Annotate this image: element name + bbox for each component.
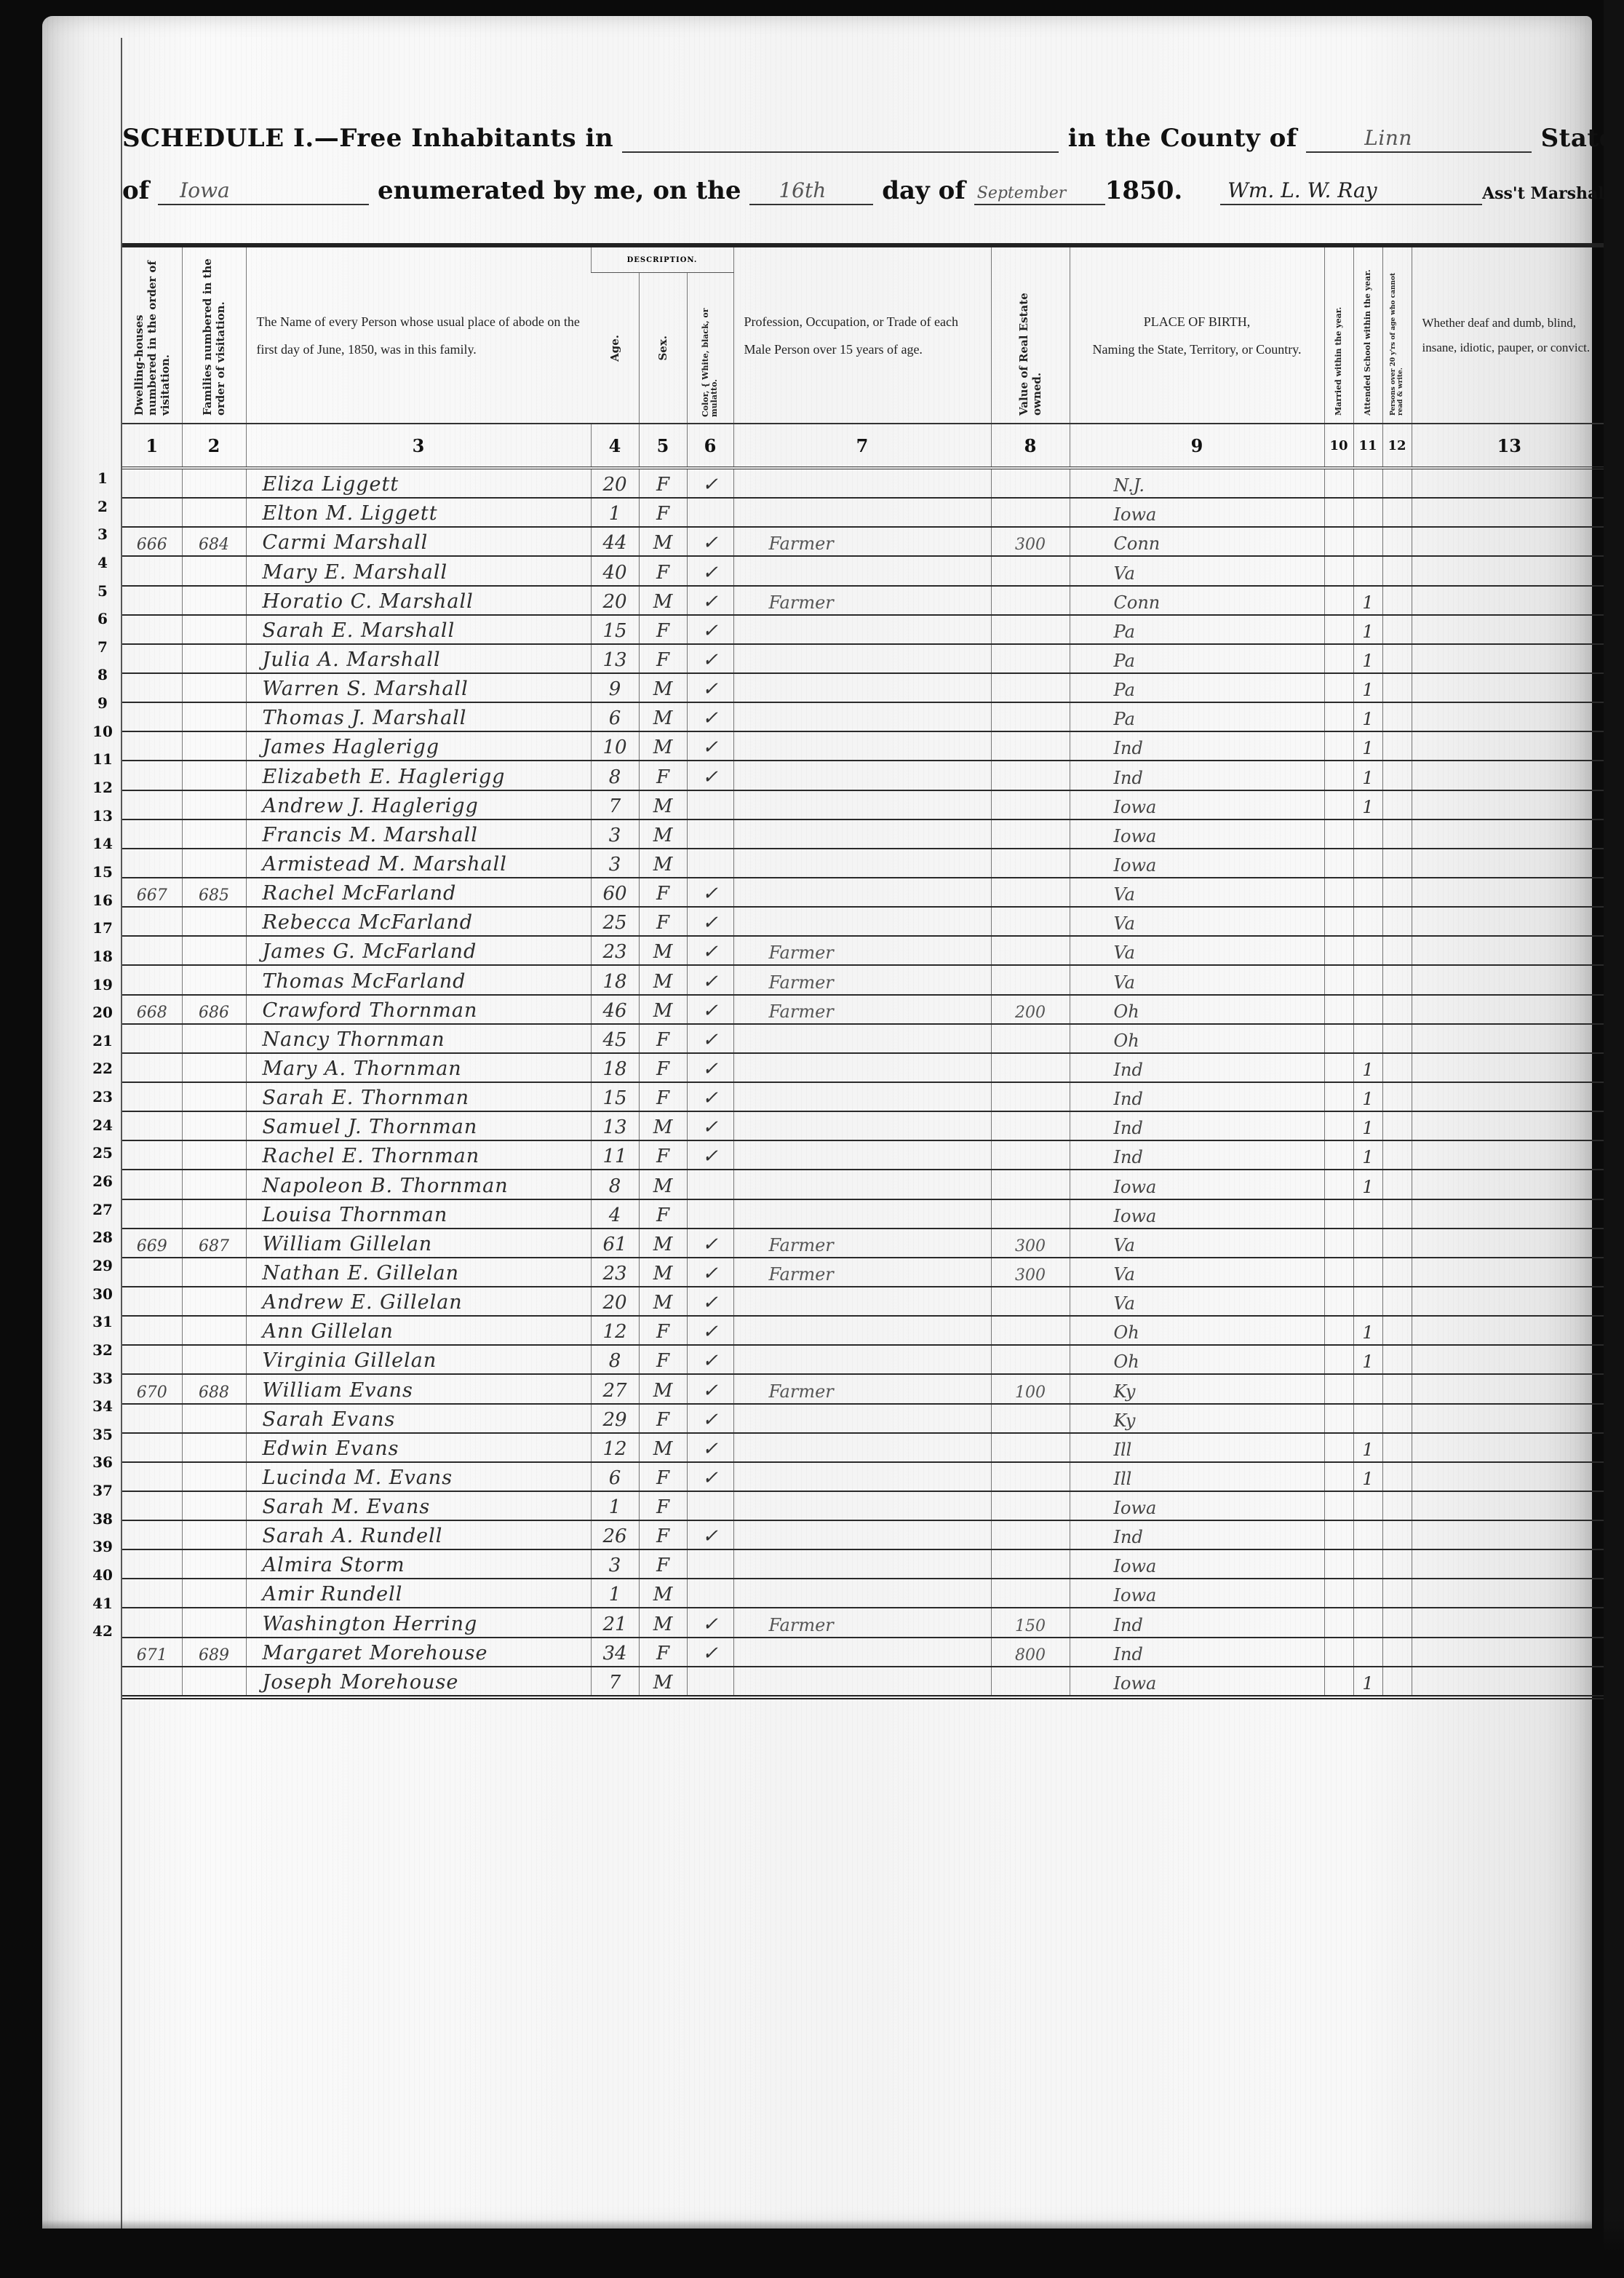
person-name: Mary A. Thornman [246,1053,591,1082]
sex: F [639,1316,687,1345]
birthplace: Ind [1070,1082,1324,1111]
attended-school [1353,819,1382,849]
condition [1412,1140,1607,1170]
line-number: 27 [84,1193,121,1221]
condition [1412,965,1607,994]
line-number: 25 [84,1136,121,1164]
person-name: Louisa Thornman [246,1199,591,1229]
occupation [733,1462,991,1491]
birthplace: Iowa [1070,1579,1324,1608]
family-number [182,1433,246,1462]
condition [1412,1608,1607,1637]
table-row: Horatio C. Marshall20M✓FarmerConn1 [122,586,1607,615]
real-estate-value: 300 [991,1258,1070,1287]
condition [1412,1462,1607,1491]
color-mark: ✓ [687,1140,733,1170]
condition [1412,468,1607,498]
person-name: James Haglerigg [246,731,591,761]
person-name: Rebecca McFarland [246,907,591,936]
attended-school [1353,1374,1382,1403]
age: 27 [591,1374,639,1403]
color-mark: ✓ [687,586,733,615]
condition [1412,1287,1607,1316]
cannot-read-write [1382,468,1412,498]
real-estate-value [991,1433,1070,1462]
birthplace-title: PLACE OF BIRTH, [1080,308,1314,336]
table-row: Joseph Morehouse7MIowa1 [122,1667,1607,1697]
sex: F [639,1404,687,1433]
sex: F [639,1140,687,1170]
married-within-year [1324,1404,1353,1433]
line-number: 24 [84,1108,121,1137]
cannot-read-write [1382,1316,1412,1345]
table-row: Nancy Thornman45F✓Oh [122,1024,1607,1053]
color-mark: ✓ [687,1258,733,1287]
table-row: Francis M. Marshall3MIowa [122,819,1607,849]
married-within-year [1324,1608,1353,1637]
birthplace: Iowa [1070,790,1324,819]
person-name: Sarah Evans [246,1404,591,1433]
line-number: 9 [84,686,121,715]
attended-school: 1 [1353,761,1382,790]
married-within-year [1324,1520,1353,1549]
condition [1412,1374,1607,1403]
birthplace: Va [1070,965,1324,994]
dwelling-number [122,965,182,994]
sex: F [639,1053,687,1082]
color-mark: ✓ [687,995,733,1024]
dwelling-number: 670 [122,1374,182,1403]
line-number: 30 [84,1277,121,1306]
person-name: Elton M. Liggett [246,498,591,527]
occupation [733,819,991,849]
color-mark: ✓ [687,1462,733,1491]
age: 60 [591,878,639,907]
person-name: Carmi Marshall [246,527,591,556]
family-number [182,1549,246,1579]
table-row: Sarah E. Thornman15F✓Ind1 [122,1082,1607,1111]
table-row: 670688William Evans27M✓Farmer100Ky [122,1374,1607,1403]
person-name: William Gillelan [246,1229,591,1258]
sex: F [639,468,687,498]
colnum: 9 [1070,424,1324,468]
age: 44 [591,527,639,556]
birthplace: Pa [1070,644,1324,673]
sex: M [639,586,687,615]
condition [1412,702,1607,731]
age: 25 [591,907,639,936]
table-row: Sarah A. Rundell26F✓Ind [122,1520,1607,1549]
sex: M [639,1667,687,1697]
family-number [182,644,246,673]
occupation [733,1024,991,1053]
person-name: Sarah A. Rundell [246,1520,591,1549]
age: 3 [591,849,639,878]
dwelling-number [122,1608,182,1637]
attended-school [1353,1258,1382,1287]
header-sex: Sex. [639,273,687,424]
header-name: The Name of every Person whose usual pla… [246,245,591,424]
occupation: Farmer [733,965,991,994]
scan-right-edge [1604,0,1624,2278]
occupation [733,1404,991,1433]
attended-school [1353,965,1382,994]
line-number: 37 [84,1474,121,1502]
person-name: Horatio C. Marshall [246,586,591,615]
birthplace: Va [1070,1287,1324,1316]
color-mark: ✓ [687,1638,733,1667]
census-page: SCHEDULE I.—Free Inhabitants in in the C… [42,16,1592,2229]
sex: M [639,1374,687,1403]
occupation [733,1287,991,1316]
married-within-year [1324,556,1353,585]
table-row: Julia A. Marshall13F✓Pa1 [122,644,1607,673]
real-estate-value [991,1199,1070,1229]
birthplace: Va [1070,878,1324,907]
line-number: 26 [84,1164,121,1193]
family-number: 685 [182,878,246,907]
occupation [733,1082,991,1111]
occupation: Farmer [733,1258,991,1287]
condition [1412,819,1607,849]
family-number [182,1667,246,1697]
family-number: 687 [182,1229,246,1258]
color-mark: ✓ [687,673,733,702]
attended-school [1353,995,1382,1024]
month-value: September [977,184,1067,202]
table-row: Armistead M. Marshall3MIowa [122,849,1607,878]
real-estate-value [991,702,1070,731]
attended-school: 1 [1353,1170,1382,1199]
sex: F [639,1199,687,1229]
occupation [733,761,991,790]
family-number [182,1345,246,1374]
color-mark: ✓ [687,1229,733,1258]
table-row: Mary E. Marshall40F✓Va [122,556,1607,585]
person-name: Napoleon B. Thornman [246,1170,591,1199]
cannot-read-write [1382,1287,1412,1316]
day-of-label: day of [882,176,966,205]
dwelling-number: 666 [122,527,182,556]
attended-school [1353,498,1382,527]
real-estate-value [991,615,1070,644]
person-name: Francis M. Marshall [246,819,591,849]
sex: M [639,790,687,819]
married-within-year [1324,1374,1353,1403]
table-row: Rachel E. Thornman11F✓Ind1 [122,1140,1607,1170]
county-label: in the County of [1068,124,1297,153]
age: 3 [591,819,639,849]
condition [1412,790,1607,819]
line-number: 4 [84,546,121,574]
person-name: Warren S. Marshall [246,673,591,702]
birthplace: Ind [1070,1520,1324,1549]
attended-school: 1 [1353,644,1382,673]
person-name: Eliza Liggett [246,468,591,498]
colnum: 5 [639,424,687,468]
condition [1412,1667,1607,1697]
married-within-year [1324,1287,1353,1316]
occupation [733,1638,991,1667]
dwelling-number [122,1549,182,1579]
color-mark: ✓ [687,644,733,673]
married-within-year [1324,995,1353,1024]
cannot-read-write [1382,1491,1412,1520]
family-number [182,761,246,790]
sex: M [639,965,687,994]
person-name: Virginia Gillelan [246,1345,591,1374]
sex: F [639,761,687,790]
birthplace: Iowa [1070,1667,1324,1697]
condition [1412,615,1607,644]
married-within-year [1324,965,1353,994]
colnum: 6 [687,424,733,468]
married-within-year [1324,936,1353,965]
birthplace: Ind [1070,1111,1324,1140]
condition [1412,761,1607,790]
dwelling-number [122,1170,182,1199]
real-estate-value [991,1053,1070,1082]
table-row: Sarah E. Marshall15F✓Pa1 [122,615,1607,644]
sex: M [639,673,687,702]
family-number: 689 [182,1638,246,1667]
condition [1412,1345,1607,1374]
attended-school: 1 [1353,673,1382,702]
dwelling-number [122,673,182,702]
cannot-read-write [1382,673,1412,702]
birthplace: Pa [1070,702,1324,731]
line-number: 31 [84,1305,121,1333]
person-name: Crawford Thornman [246,995,591,1024]
occupation [733,673,991,702]
real-estate-value [991,819,1070,849]
family-number [182,1170,246,1199]
table-row: James G. McFarland23M✓FarmerVa [122,936,1607,965]
sex: M [639,527,687,556]
condition [1412,907,1607,936]
condition [1412,1638,1607,1667]
condition [1412,1229,1607,1258]
line-number: 40 [84,1558,121,1587]
birthplace: Ind [1070,1608,1324,1637]
color-mark: ✓ [687,907,733,936]
attended-school [1353,1608,1382,1637]
condition [1412,1404,1607,1433]
married-within-year [1324,790,1353,819]
cannot-read-write [1382,1579,1412,1608]
cannot-read-write [1382,1608,1412,1637]
enumerated-label: enumerated by me, on the [378,176,741,205]
color-mark: ✓ [687,1024,733,1053]
family-number [182,1053,246,1082]
colnum: 3 [246,424,591,468]
table-row: 666684Carmi Marshall44M✓Farmer300Conn [122,527,1607,556]
day-value: 16th [779,178,826,202]
line-number: 13 [84,799,121,828]
table-row: Nathan E. Gillelan23M✓Farmer300Va [122,1258,1607,1287]
family-number [182,1140,246,1170]
cannot-read-write [1382,1229,1412,1258]
sex: M [639,1258,687,1287]
line-number: 1 [84,461,121,490]
color-mark [687,790,733,819]
table-row: 668686Crawford Thornman46M✓Farmer200Oh [122,995,1607,1024]
birthplace: Va [1070,936,1324,965]
married-within-year [1324,1462,1353,1491]
colnum: 4 [591,424,639,468]
colnum: 1 [122,424,182,468]
left-line-numbers: 1234567891011121314151617181920212223242… [84,461,121,1643]
real-estate-value: 300 [991,527,1070,556]
person-name: Joseph Morehouse [246,1667,591,1697]
real-estate-value [991,673,1070,702]
married-within-year [1324,1638,1353,1667]
color-mark: ✓ [687,1433,733,1462]
age: 40 [591,556,639,585]
cannot-read-write [1382,586,1412,615]
color-mark: ✓ [687,556,733,585]
age: 7 [591,1667,639,1697]
family-number [182,965,246,994]
real-estate-value: 150 [991,1608,1070,1637]
occupation [733,1316,991,1345]
sex: F [639,878,687,907]
color-mark: ✓ [687,1111,733,1140]
dwelling-number [122,731,182,761]
condition [1412,1053,1607,1082]
attended-school: 1 [1353,731,1382,761]
color-mark: ✓ [687,731,733,761]
dwelling-number [122,615,182,644]
condition [1412,1491,1607,1520]
age: 15 [591,1082,639,1111]
birthplace: Iowa [1070,1170,1324,1199]
occupation [733,790,991,819]
column-number-row: 1 2 3 4 5 6 7 8 9 10 11 12 13 [122,424,1607,468]
real-estate-value [991,1024,1070,1053]
real-estate-value [991,965,1070,994]
married-within-year [1324,731,1353,761]
line-number: 28 [84,1221,121,1249]
age: 6 [591,702,639,731]
color-mark [687,498,733,527]
birthplace: Iowa [1070,1491,1324,1520]
attended-school: 1 [1353,1053,1382,1082]
table-row: Lucinda M. Evans6F✓Ill1 [122,1462,1607,1491]
birthplace: Iowa [1070,1199,1324,1229]
dwelling-number [122,1140,182,1170]
birthplace: Conn [1070,527,1324,556]
age: 26 [591,1520,639,1549]
family-number [182,731,246,761]
birthplace: Ill [1070,1462,1324,1491]
table-row: Warren S. Marshall9M✓Pa1 [122,673,1607,702]
sex: F [639,1520,687,1549]
line-number: 16 [84,884,121,912]
dwelling-number [122,819,182,849]
real-estate-value: 100 [991,1374,1070,1403]
person-name: Sarah E. Marshall [246,615,591,644]
married-within-year [1324,468,1353,498]
family-number [182,586,246,615]
attended-school: 1 [1353,1140,1382,1170]
real-estate-value [991,556,1070,585]
line-number: 15 [84,855,121,884]
cannot-read-write [1382,1462,1412,1491]
table-row: Andrew E. Gillelan20M✓Va [122,1287,1607,1316]
real-estate-value [991,1667,1070,1697]
state-field: Iowa [158,182,369,205]
age: 1 [591,1491,639,1520]
dwelling-number: 668 [122,995,182,1024]
family-number [182,936,246,965]
occupation [733,498,991,527]
header-real-estate: Value of Real Estate owned. [991,245,1070,424]
sex: F [639,1024,687,1053]
dwelling-number [122,761,182,790]
occupation: Farmer [733,527,991,556]
colnum: 12 [1382,424,1412,468]
header-married: Married within the year. [1324,245,1353,424]
cannot-read-write [1382,1638,1412,1667]
person-name: Julia A. Marshall [246,644,591,673]
person-name: Almira Storm [246,1549,591,1579]
condition [1412,731,1607,761]
person-name: Samuel J. Thornman [246,1111,591,1140]
marshal-field: Wm. L. W. Ray [1220,182,1482,205]
scan-bottom-edge [0,2220,1624,2278]
attended-school [1353,1287,1382,1316]
line-number: 39 [84,1530,121,1558]
occupation: Farmer [733,1229,991,1258]
family-number [182,1491,246,1520]
sex: F [639,1491,687,1520]
colnum: 7 [733,424,991,468]
dwelling-number [122,586,182,615]
person-name: William Evans [246,1374,591,1403]
dwelling-number [122,1258,182,1287]
condition [1412,644,1607,673]
table-row: Virginia Gillelan8F✓Oh1 [122,1345,1607,1374]
family-number [182,849,246,878]
cannot-read-write [1382,790,1412,819]
occupation [733,1111,991,1140]
married-within-year [1324,1433,1353,1462]
age: 12 [591,1316,639,1345]
family-number [182,1287,246,1316]
dwelling-number [122,936,182,965]
condition [1412,849,1607,878]
sex: F [639,907,687,936]
table-row: Elizabeth E. Haglerigg8F✓Ind1 [122,761,1607,790]
table-row: Thomas J. Marshall6M✓Pa1 [122,702,1607,731]
occupation [733,702,991,731]
cannot-read-write [1382,644,1412,673]
occupation: Farmer [733,586,991,615]
attended-school: 1 [1353,1316,1382,1345]
line-number: 21 [84,1024,121,1052]
condition [1412,878,1607,907]
person-name: Edwin Evans [246,1433,591,1462]
cannot-read-write [1382,965,1412,994]
attended-school: 1 [1353,790,1382,819]
table-row: Eliza Liggett20F✓N.J. [122,468,1607,498]
dwelling-number [122,1082,182,1111]
header-occupation: Profession, Occupation, or Trade of each… [733,245,991,424]
color-mark: ✓ [687,702,733,731]
family-number [182,819,246,849]
cannot-read-write [1382,849,1412,878]
